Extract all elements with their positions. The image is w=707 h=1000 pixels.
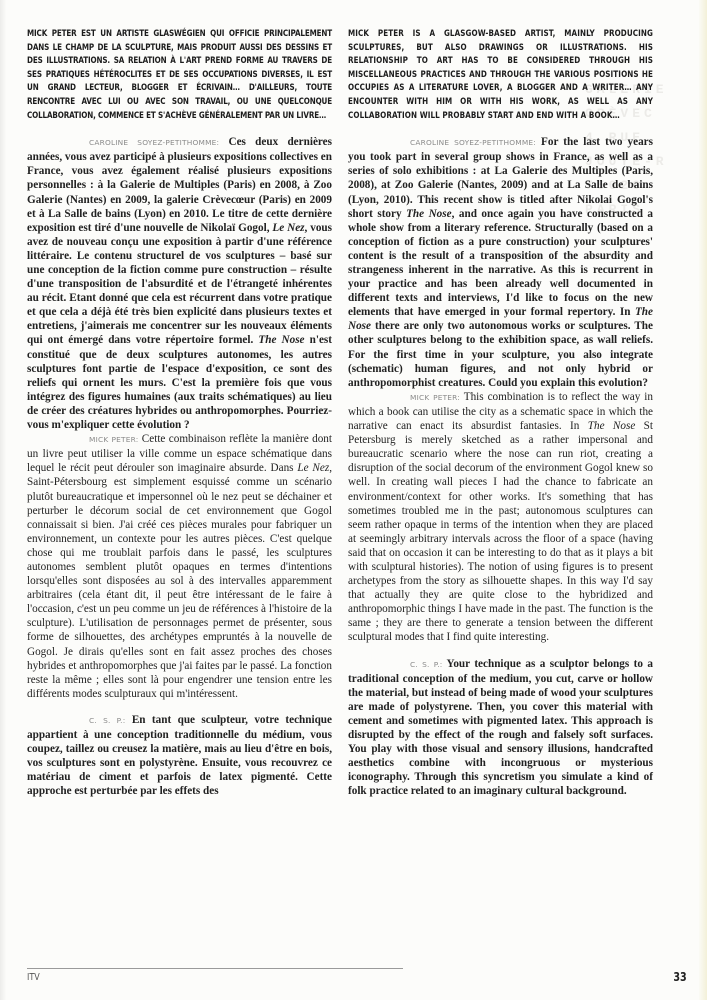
answer-1-french: Mick Peter: Cette combinaison reflète la… (27, 432, 332, 701)
question-2-english: C. S. P.: Your technique as a sculptor b… (348, 657, 653, 799)
question-text: , and once again you have constructed a … (348, 208, 653, 319)
speaker-label: C. S. P.: (27, 716, 125, 725)
page-number: 33 (674, 970, 687, 984)
book-title: Le Nez (297, 462, 329, 474)
answer-text: , Saint-Pétersbourg est simplement esqui… (27, 462, 332, 700)
speaker-label: C. S. P.: (348, 660, 442, 669)
question-1-english: Caroline Soyez-Petithomme: For the last … (348, 135, 653, 390)
french-column: Mick Peter est un artiste glaswégien qui… (27, 28, 332, 798)
exhibition-title: The Nose (258, 334, 304, 346)
question-text: Your technique as a sculptor belongs to … (348, 658, 653, 798)
book-title: The Nose (588, 420, 636, 432)
question-2-french: C. S. P.: En tant que sculpteur, votre t… (27, 713, 332, 799)
page-edge-left (0, 0, 6, 1000)
answer-1-english: Mick Peter: This combination is to refle… (348, 390, 653, 645)
intro-english: Mick Peter is a Glasgow-based artist, ma… (348, 28, 653, 123)
question-text: Ces deux dernières années, vous avez par… (27, 136, 332, 234)
speaker-label: Caroline Soyez-Petithomme: (27, 138, 219, 147)
section-label: ITV (27, 972, 40, 983)
english-column: Mick Peter is a Glasgow-based artist, ma… (348, 28, 653, 798)
question-1-french: Caroline Soyez-Petithomme: Ces deux dern… (27, 135, 332, 432)
question-text: , vous avez de nouveau conçu une exposit… (27, 222, 332, 347)
footer-rule (27, 968, 403, 969)
intro-french: Mick Peter est un artiste glaswégien qui… (27, 28, 332, 123)
question-text: n'est constitué que de deux sculptures a… (27, 334, 332, 431)
answer-text: St Petersburg is merely sketched as a ra… (348, 420, 653, 643)
book-title: The Nose (406, 208, 452, 220)
question-text: there are only two autonomous works or s… (348, 320, 653, 388)
question-text: En tant que sculpteur, votre technique a… (27, 714, 332, 797)
speaker-label: Mick Peter: (27, 435, 138, 444)
speaker-label: Mick Peter: (348, 393, 460, 402)
book-title: Le Nez (272, 222, 304, 234)
speaker-label: Caroline Soyez-Petithomme: (348, 138, 536, 147)
magazine-page: GALERIE CRÈVEC 4 RUE JOUYE-R 75020 PARIS… (0, 0, 707, 1000)
